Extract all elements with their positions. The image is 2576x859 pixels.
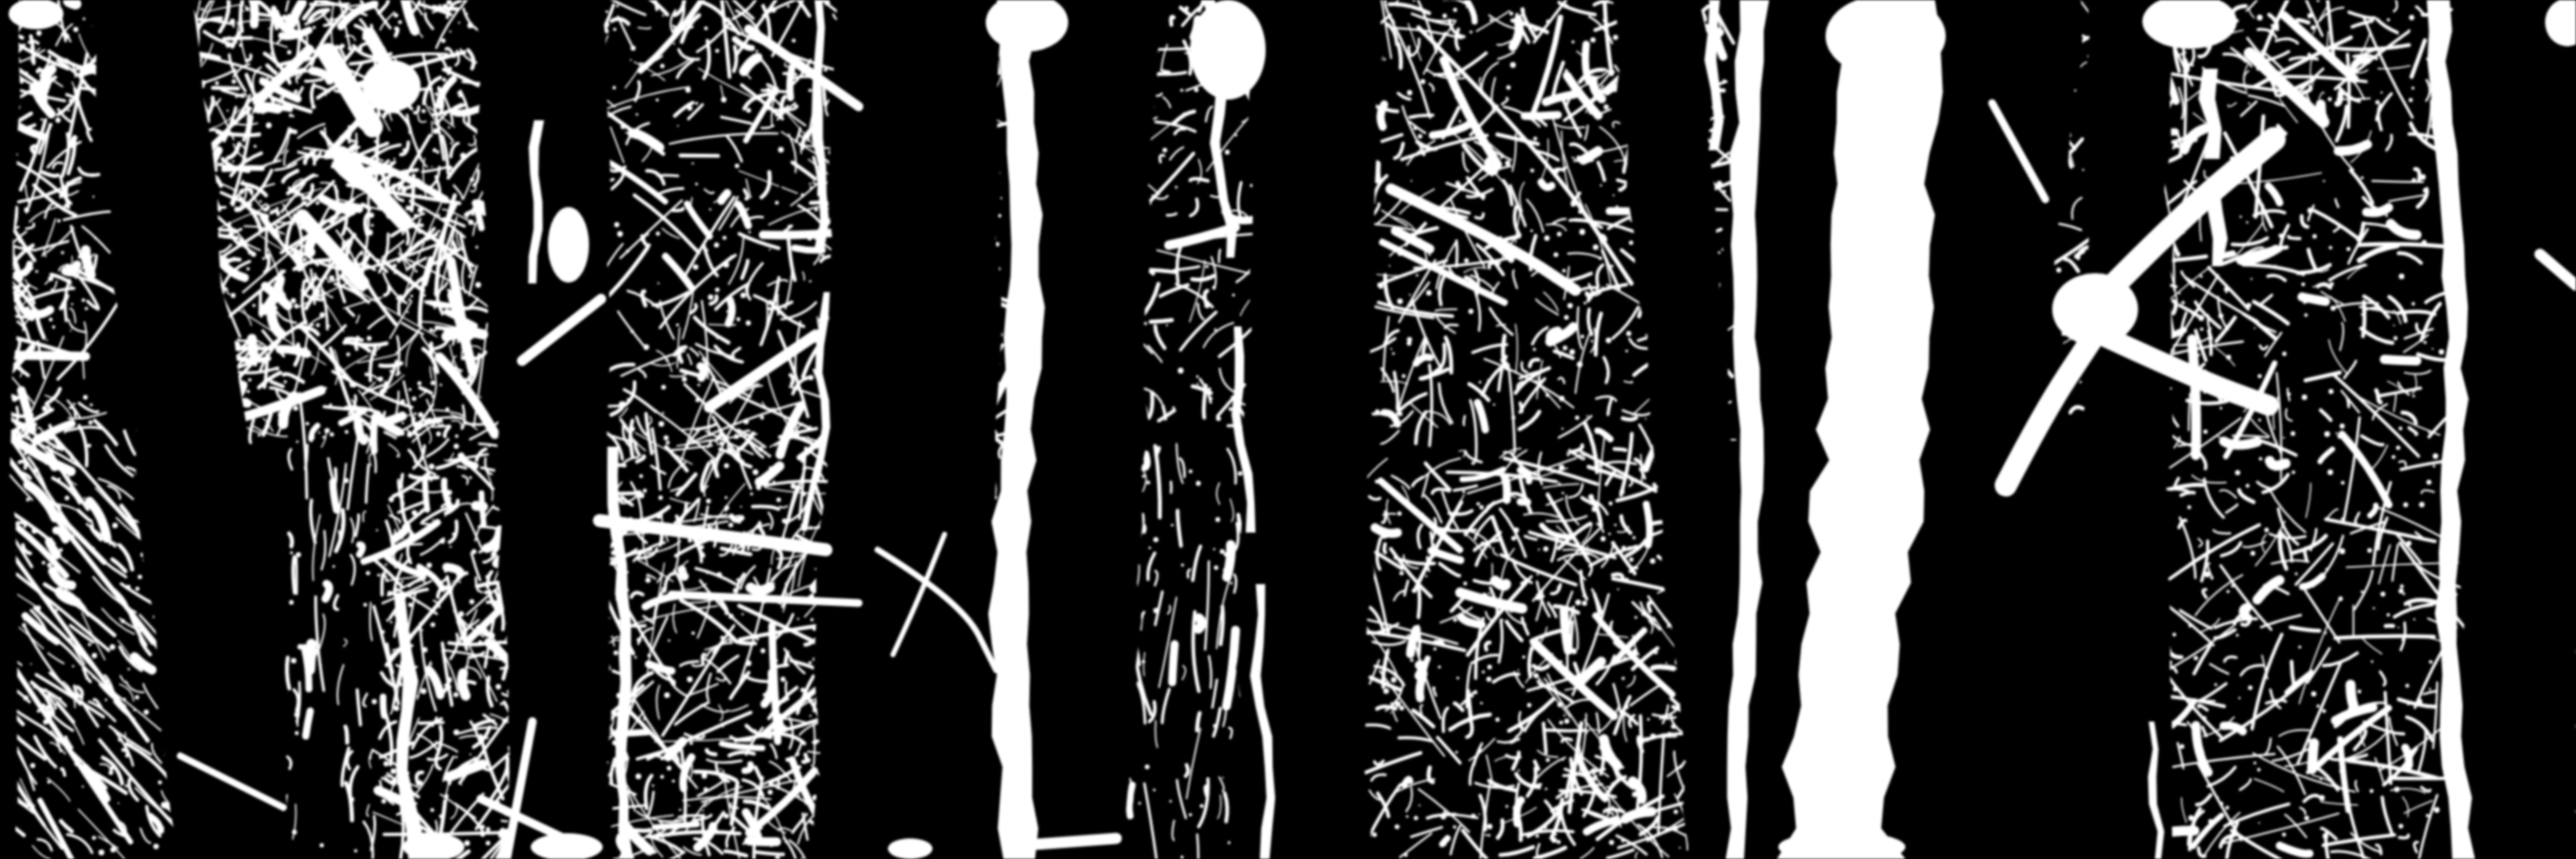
snowy-forest-canvas xyxy=(0,0,2576,859)
snowy-forest-photo: Snow-covered winter forest — high-contra… xyxy=(0,0,2576,859)
